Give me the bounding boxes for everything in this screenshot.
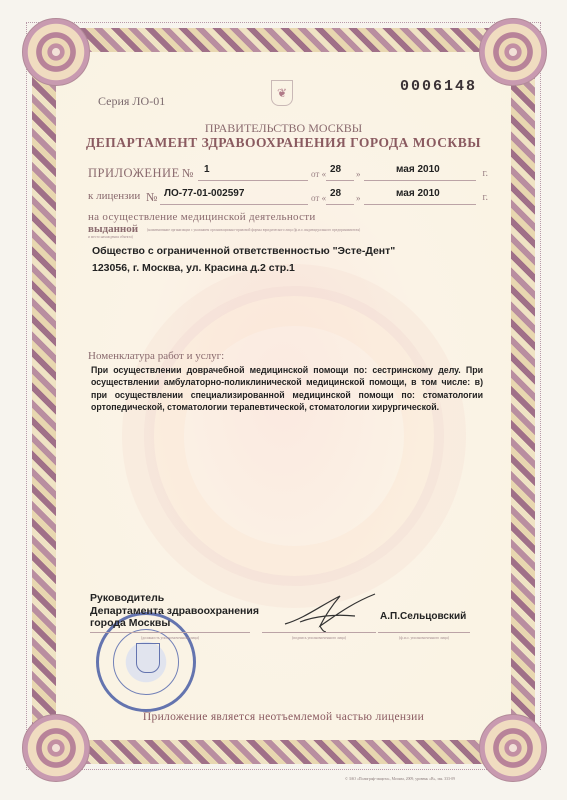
license-label: к лицензии <box>88 190 140 202</box>
document-number: 0006148 <box>400 78 477 95</box>
department-title: ДЕПАРТАМЕНТ ЗДРАВООХРАНЕНИЯ ГОРОДА МОСКВ… <box>0 135 567 151</box>
license-month-year: мая 2010 <box>396 188 440 199</box>
series-label: Серия ЛО-01 <box>98 94 165 109</box>
watermark-guilloche <box>144 286 444 586</box>
license-row: к лицензии № ЛО-77-01-002597 от « 28 » м… <box>88 190 488 206</box>
from-label: от « <box>311 169 326 179</box>
license-day: 28 <box>330 188 341 199</box>
license-number: ЛО-77-01-002597 <box>164 188 244 199</box>
handwritten-signature-icon <box>280 586 380 634</box>
corner-rosette-icon <box>479 714 547 782</box>
quote-close: » <box>356 169 361 179</box>
signer-caption: (ф.и.о. уполномоченного лица) <box>378 636 470 640</box>
nomenclature-text: При осуществлении доврачебной медицинско… <box>91 364 483 413</box>
corner-rosette-icon <box>22 714 90 782</box>
signature-caption: (подпись уполномоченного лица) <box>262 636 376 640</box>
corner-rosette-icon <box>479 18 547 86</box>
issued-hint-2: и место нахождения объекта) <box>88 235 133 239</box>
position-line-2: Департамента здравоохранения <box>90 605 259 618</box>
year-suffix: г. <box>483 168 488 179</box>
organization-name: Общество с ограниченной ответственностью… <box>92 245 395 257</box>
appendix-number: 1 <box>204 164 210 175</box>
appendix-label: ПРИЛОЖЕНИЕ <box>88 166 180 181</box>
printer-imprint: © ЗАО «Полиграф-защита», Москва, 2009, у… <box>345 777 455 781</box>
position-line-1: Руководитель <box>90 592 259 605</box>
signer-name: А.П.Сельцовский <box>380 611 466 622</box>
issued-hint: (наименование организации с указанием ор… <box>147 226 477 235</box>
moscow-coat-of-arms-icon <box>136 643 160 673</box>
corner-rosette-icon <box>22 18 90 86</box>
number-sign: № <box>182 166 193 181</box>
coat-of-arms-icon: ❦ <box>271 80 293 106</box>
appendix-day: 28 <box>330 164 341 175</box>
position-line-3: города Москвы <box>90 617 259 630</box>
signature-line <box>262 632 376 633</box>
appendix-month-year: мая 2010 <box>396 164 440 175</box>
appendix-row: ПРИЛОЖЕНИЕ № 1 от « 28 » мая 2010 г. <box>88 166 488 182</box>
appendix-number-field <box>198 166 308 181</box>
government-title: ПРАВИТЕЛЬСТВО МОСКВЫ <box>0 121 567 136</box>
issued-label: выданной <box>88 223 138 235</box>
position-line <box>90 632 250 633</box>
appendix-note: Приложение является неотъемлемой частью … <box>0 711 567 723</box>
organization-address: 123056, г. Москва, ул. Красина д.2 стр.1 <box>92 262 295 274</box>
position-caption: (должность уполномоченного лица) <box>90 636 250 640</box>
year-suffix: г. <box>483 192 488 203</box>
from-label: от « <box>311 193 326 203</box>
quote-close: » <box>356 193 361 203</box>
nomenclature-title: Номенклатура работ и услуг: <box>88 350 224 362</box>
signatory-position: Руководитель Департамента здравоохранени… <box>90 592 259 630</box>
activity-type: на осуществление медицинской деятельност… <box>88 211 316 223</box>
signer-line <box>378 632 470 633</box>
number-sign: № <box>146 190 157 205</box>
